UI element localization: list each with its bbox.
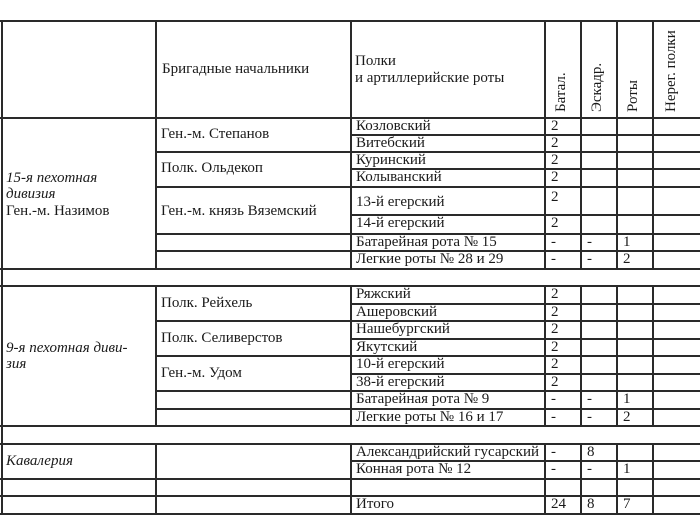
unit-name: Легкие роты № 28 и 29: [356, 251, 503, 267]
squadrons-value: -: [587, 251, 592, 267]
horizontal-rule: [0, 268, 700, 270]
unit-name: Легкие роты № 16 и 17: [356, 409, 503, 425]
brigade-seliverstov: Полк. Селиверстов: [161, 330, 283, 346]
unit-name: Колыванский: [356, 169, 442, 185]
header-battalions: Батал.: [553, 72, 570, 112]
battalions-value: 2: [551, 304, 559, 320]
header-irregular: Нерег. полки: [663, 30, 680, 112]
horizontal-rule: [155, 355, 350, 357]
companies-value: 1: [623, 391, 631, 407]
battalions-value: -: [551, 391, 556, 407]
battalions-value: 2: [551, 118, 559, 134]
squadrons-value: -: [587, 461, 592, 477]
division-15-line2: дивизия: [6, 186, 55, 202]
squadrons-value: -: [587, 234, 592, 250]
squadrons-value: 8: [587, 444, 595, 460]
brigade-oldekop: Полк. Ольдекоп: [161, 160, 263, 176]
vertical-rule: [155, 443, 157, 515]
unit-name: Батарейная рота № 9: [356, 391, 489, 407]
vertical-rule: [616, 285, 618, 425]
battalions-value: -: [551, 251, 556, 267]
unit-name: 13-й егерский: [356, 194, 445, 210]
unit-name: Александрийский гусарский: [356, 444, 539, 460]
companies-value: 1: [623, 461, 631, 477]
battalions-value: 2: [551, 374, 559, 390]
battalions-value: -: [551, 409, 556, 425]
battalions-value: 2: [551, 169, 559, 185]
horizontal-rule: [350, 390, 700, 392]
division-15-line1: 15-я пехотная: [6, 170, 97, 186]
horizontal-rule: [155, 186, 350, 188]
vertical-rule: [350, 20, 352, 268]
brigade-udom: Ген.-м. Удом: [161, 365, 242, 381]
unit-name: Якутский: [356, 339, 417, 355]
vertical-rule: [155, 20, 157, 268]
division-9-line2: зия: [6, 356, 26, 372]
vertical-rule: [350, 285, 352, 425]
order-of-battle-table: Бригадные начальники Полки и артиллерийс…: [0, 0, 700, 523]
horizontal-rule: [350, 303, 700, 305]
battalions-value: 2: [551, 339, 559, 355]
squadrons-value: -: [587, 409, 592, 425]
horizontal-rule: [350, 338, 700, 340]
horizontal-rule: [350, 233, 700, 235]
vertical-rule: [652, 285, 654, 425]
unit-name: Куринский: [356, 152, 426, 168]
horizontal-rule: [350, 460, 700, 462]
battalions-value: 2: [551, 189, 559, 205]
unit-name: Козловский: [356, 118, 431, 134]
battalions-value: 2: [551, 286, 559, 302]
unit-name: Нашебургский: [356, 321, 450, 337]
vertical-rule: [652, 20, 654, 268]
vertical-rule: [580, 20, 582, 268]
horizontal-rule: [155, 250, 350, 252]
brigade-reichel: Полк. Рейхель: [161, 295, 252, 311]
vertical-rule: [544, 443, 546, 515]
battalions-value: 2: [551, 356, 559, 372]
battalions-value: -: [551, 234, 556, 250]
unit-name: Батарейная рота № 15: [356, 234, 497, 250]
unit-name: Ряжский: [356, 286, 411, 302]
unit-name: 38-й егерский: [356, 374, 445, 390]
cavalry-label: Кавалерия: [6, 453, 73, 469]
battalions-value: 2: [551, 321, 559, 337]
vertical-rule: [350, 443, 352, 515]
horizontal-rule: [0, 425, 700, 427]
header-brigade: Бригадные начальники: [162, 61, 309, 77]
total-label: Итого: [356, 496, 394, 512]
vertical-rule: [544, 285, 546, 425]
battalions-value: -: [551, 444, 556, 460]
horizontal-rule: [350, 408, 700, 410]
header-squadrons: Эскадр.: [589, 63, 606, 112]
header-regiments-line2: и артиллерийские роты: [355, 70, 504, 86]
squadrons-value: -: [587, 391, 592, 407]
vertical-rule: [580, 443, 582, 515]
companies-value: 2: [623, 409, 631, 425]
horizontal-rule: [350, 186, 700, 188]
battalions-value: -: [551, 461, 556, 477]
battalions-value: 2: [551, 152, 559, 168]
division-9-line1: 9-я пехотная диви-: [6, 340, 128, 356]
header-companies: Роты: [625, 80, 642, 112]
companies-value: 2: [623, 251, 631, 267]
horizontal-rule: [155, 408, 350, 410]
division-15-commander: Ген.-м. Назимов: [6, 203, 109, 219]
total-companies: 7: [623, 496, 631, 512]
vertical-rule: [652, 443, 654, 515]
total-squadrons: 8: [587, 496, 595, 512]
vertical-rule: [544, 20, 546, 268]
horizontal-rule: [350, 214, 700, 216]
horizontal-rule: [350, 134, 700, 136]
horizontal-rule: [155, 390, 350, 392]
vertical-rule: [616, 20, 618, 268]
vertical-rule: [155, 285, 157, 425]
horizontal-rule: [350, 151, 700, 153]
unit-name: Ашеровский: [356, 304, 437, 320]
battalions-value: 2: [551, 215, 559, 231]
horizontal-rule: [350, 355, 700, 357]
vertical-rule: [580, 285, 582, 425]
vertical-rule: [1, 20, 3, 515]
unit-name: 14-й егерский: [356, 215, 445, 231]
header-regiments-line1: Полки: [355, 53, 396, 69]
horizontal-rule: [155, 151, 350, 153]
unit-name: 10-й егерский: [356, 356, 445, 372]
horizontal-rule: [155, 320, 350, 322]
unit-name: Витебский: [356, 135, 425, 151]
total-battalions: 24: [551, 496, 566, 512]
brigade-vyazemsky: Ген.-м. князь Вяземский: [161, 203, 317, 219]
horizontal-rule: [155, 233, 350, 235]
vertical-rule: [616, 443, 618, 515]
brigade-stepanov: Ген.-м. Степанов: [161, 126, 269, 142]
horizontal-rule: [350, 168, 700, 170]
battalions-value: 2: [551, 135, 559, 151]
horizontal-rule: [350, 320, 700, 322]
horizontal-rule: [350, 250, 700, 252]
horizontal-rule: [350, 373, 700, 375]
companies-value: 1: [623, 234, 631, 250]
unit-name: Конная рота № 12: [356, 461, 471, 477]
